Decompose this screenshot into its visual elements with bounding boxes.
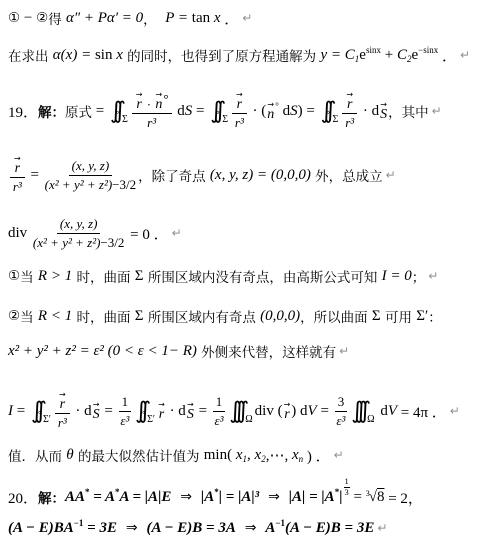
math-run: x: [116, 47, 123, 64]
text-run: 当: [20, 266, 38, 286]
text-run: ：: [428, 306, 442, 326]
paragraph-mark-icon: ↵: [450, 404, 460, 418]
paragraph-mark-icon: ↵: [172, 226, 182, 240]
math-run: y = C: [320, 47, 354, 64]
unit-normal-circle: °: [163, 91, 168, 107]
vector-S: →S: [187, 401, 194, 422]
integral-subscript: Σ: [122, 114, 128, 125]
math-run: P =: [165, 10, 192, 27]
problem-number: 19．: [8, 101, 38, 122]
unit-normal-circle: °: [275, 101, 279, 111]
fraction-numerator: 1: [119, 394, 132, 412]
fraction-denominator: (x² + y² + z²)−3/2: [33, 234, 124, 251]
math-run: | = |A|³: [219, 489, 259, 506]
adjugate-star: *: [85, 487, 90, 497]
math-run: S: [93, 408, 100, 422]
text-run: 时，曲面: [72, 306, 135, 326]
paragraph-mark-icon: ↵: [242, 11, 252, 25]
formula-line-5: div (x, y, z) (x² + y² + z²)−3/2 = 0 ． ↵: [8, 204, 182, 262]
formula-line-9: I = ∫∫∘Σ′ →r r³ · d →S = 1 ε³ ∫∫∘Σ′ →r ·…: [8, 384, 460, 438]
formula-line-2: 在求出 α(x) = sin x 的同时，也得到了原方程通解为 y = C 1 …: [8, 42, 470, 68]
math-run: =: [101, 403, 117, 420]
math-run: (: [278, 403, 283, 420]
formula-line-4: →r r³ = (x, y, z) (x² + y² + z²)−3/2 ，除了…: [8, 146, 396, 204]
paragraph-mark-icon: ↵: [386, 168, 396, 182]
function-name: min(: [204, 447, 236, 464]
vector-r: →r: [136, 91, 143, 112]
subscript: 1: [355, 54, 360, 64]
fraction: (x, y, z) (x² + y² + z²)−3/2: [33, 216, 124, 250]
fraction-numerator: 1: [213, 394, 226, 412]
math-run: r: [60, 398, 65, 412]
paragraph-mark-icon: ↵: [334, 448, 344, 462]
text-run: 的最大似然估计值为: [74, 445, 204, 465]
math-run: d: [279, 103, 290, 120]
math-run: n: [267, 108, 274, 122]
formula-line-3: 19． 解： 原式 = ∫∫∘Σ →r · →n° r³ d S = ∫∫∘Σ …: [8, 84, 442, 138]
triple-integral: ∫∫∫Ω: [229, 398, 252, 424]
math-run: 3: [338, 394, 345, 410]
function-name: sin: [95, 47, 116, 64]
fraction-denominator: r³: [147, 114, 156, 131]
circled-1: ①: [8, 268, 20, 284]
math-run: ,⋯,: [266, 446, 292, 465]
fraction-denominator: r³: [235, 114, 244, 131]
math-run: r: [159, 408, 164, 422]
integral-subscript: Σ′: [147, 414, 155, 425]
fraction-denominator: ε³: [336, 412, 345, 429]
radical-sign: √: [369, 489, 377, 506]
math-run: AA: [65, 489, 85, 506]
math-run: 1: [122, 394, 129, 410]
function-name: tan: [192, 10, 214, 27]
inverse-exponent: −1: [275, 518, 285, 528]
text-run: ，: [143, 8, 165, 28]
vector-n: →n: [267, 101, 274, 122]
subscript: 2: [407, 54, 412, 64]
subscript: 2: [261, 454, 266, 464]
math-run: r: [15, 162, 20, 176]
math-run: =: [92, 103, 108, 120]
math-run: 1: [216, 394, 223, 410]
math-run: α″ + Pα′ = 0: [66, 10, 143, 27]
math-run: = A: [90, 489, 116, 506]
math-run: C: [397, 47, 407, 64]
function-name: div: [8, 225, 31, 242]
math-run: ε³: [120, 413, 129, 429]
sigma-symbol: Σ: [135, 308, 144, 325]
math-run: (A − E)BA: [8, 520, 74, 537]
text-run: 原式: [65, 101, 92, 121]
surface-integral: ∫∫∘Σ′: [31, 398, 51, 424]
circled-2: ②: [36, 10, 48, 26]
integral-subscript: Ω: [245, 414, 252, 425]
math-run: I = 0: [382, 268, 412, 285]
formula-line-1: ① − ② 得 α″ + Pα′ = 0 ， P = tan x ． ↵: [8, 6, 252, 30]
paragraph-mark-icon: ↵: [377, 521, 387, 535]
text-run: 外侧来代替，这样就有: [197, 341, 336, 361]
math-run: r³: [13, 179, 22, 195]
math-run: θ: [66, 447, 73, 464]
vector-r: →r: [158, 401, 165, 422]
formula-line-12: (A − E)BA −1 = 3E ⇒ (A − E)B = 3A ⇒ A −1…: [8, 514, 387, 542]
fraction-denominator: r³: [58, 414, 67, 431]
root-index: 3: [366, 489, 370, 498]
adjugate-star: *: [335, 487, 340, 497]
exponent: −3/2: [100, 235, 124, 251]
circled-2: ②: [8, 308, 20, 324]
function-name: div: [255, 403, 278, 420]
math-run: r: [136, 98, 141, 112]
math-run: (x² + y² + z²): [45, 177, 113, 193]
sigma-symbol: Σ: [135, 268, 144, 285]
subscript: 1: [243, 454, 248, 464]
formula-line-7: ② 当 R < 1 时，曲面 Σ 所围区域内有奇点 (0,0,0) ，所以曲面 …: [8, 304, 442, 328]
math-run: ε³: [336, 413, 345, 429]
math-run: ε³: [215, 413, 224, 429]
math-run: R < 1: [38, 308, 72, 325]
math-run: =: [317, 403, 333, 420]
math-run: x² + y² + z² = ε² (0 < ε < 1− R): [8, 343, 197, 360]
surface-integral: ∫∫∘Σ: [321, 98, 339, 124]
text-run: 外，总成立: [311, 165, 383, 185]
math-run: ,: [247, 447, 255, 464]
text-run: 时，曲面: [72, 266, 135, 286]
circled-1: ①: [8, 10, 20, 26]
math-run: · d: [359, 103, 379, 120]
math-run: = 4π ．: [397, 401, 447, 422]
math-run: n: [155, 98, 162, 112]
text-run: 得: [48, 8, 66, 28]
text-run: ，其中: [388, 101, 429, 121]
solution-label: 解：: [38, 101, 65, 121]
fraction: →r r³: [55, 391, 70, 431]
fraction-denominator: 3: [345, 488, 349, 498]
text-run: 的同时，也得到了原方程通解为: [123, 45, 321, 65]
math-run: x: [255, 447, 262, 464]
fraction-numerator: →r: [342, 91, 357, 114]
implies-arrow-icon: ⇒: [236, 520, 266, 536]
math-run: r³: [345, 115, 354, 131]
math-run: (x, y, z) = (0,0,0): [210, 167, 311, 184]
integral-subscript: Ω: [367, 414, 374, 425]
math-run: (A − E)B = 3A: [147, 520, 236, 537]
sigma-symbol: Σ: [372, 308, 381, 325]
fraction: →r r³: [342, 91, 357, 131]
math-run: ．: [438, 45, 457, 66]
fraction-numerator: →r: [232, 91, 247, 114]
text-run: 值．从而: [8, 445, 66, 465]
superscript: −sinx: [418, 45, 438, 55]
text-run: ，除了奇点: [138, 165, 210, 185]
solution-label: 解：: [38, 487, 65, 507]
math-run: r³: [235, 115, 244, 131]
math-run: S: [380, 108, 387, 122]
math-run: (0,0,0): [260, 308, 300, 325]
math-run: = 3E: [83, 520, 117, 537]
math-run: = 0 ．: [126, 223, 168, 244]
vector-S: →S: [380, 101, 387, 122]
document-page: ① − ② 得 α″ + Pα′ = 0 ， P = tan x ． ↵ 在求出…: [0, 0, 479, 544]
math-run: |A: [201, 489, 214, 506]
math-run: e: [359, 47, 366, 64]
implies-arrow-icon: ⇒: [117, 520, 147, 536]
fraction: 1 ε³: [119, 394, 132, 428]
triple-integral: ∫∫∫Ω: [351, 398, 374, 424]
fraction-numerator: →r: [10, 155, 25, 178]
formula-line-8: x² + y² + z² = ε² (0 < ε < 1− R) 外侧来代替，这…: [8, 338, 349, 364]
fraction: (x, y, z) (x² + y² + z²)−3/2: [45, 158, 136, 192]
integral-subscript: Σ′: [43, 414, 51, 425]
math-run: e: [411, 47, 418, 64]
formula-line-10: 值．从而 θ 的最大似然估计值为 min( x 1 , x 2 ,⋯, x n …: [8, 442, 344, 468]
math-run: (x, y, z): [72, 158, 110, 174]
implies-arrow-icon: ⇒: [259, 489, 289, 505]
integral-ring-icon: ∘: [141, 408, 146, 417]
surface-integral: ∫∫∘Σ: [210, 98, 228, 124]
math-run: d: [377, 403, 388, 420]
surface-integral: ∫∫∘Σ: [110, 98, 128, 124]
math-run: · d: [72, 403, 92, 420]
integral-ring-icon: ∘: [115, 108, 120, 117]
math-run: x: [236, 447, 243, 464]
math-run: ．: [221, 8, 240, 29]
math-run: S: [185, 103, 193, 120]
math-run: r³: [147, 115, 156, 131]
math-run: x: [214, 10, 221, 27]
math-run: A = |A|E: [120, 489, 172, 506]
math-run: −: [20, 10, 36, 27]
fraction-numerator: →r: [55, 391, 70, 414]
vector-r: →r: [346, 91, 353, 112]
formula-line-6: ① 当 R > 1 时，曲面 Σ 所围区域内没有奇点，由高斯公式可知 I = 0…: [8, 264, 438, 288]
math-run: =: [192, 103, 208, 120]
math-run: α(x) =: [53, 47, 95, 64]
fraction-numerator: (x, y, z): [69, 158, 113, 176]
fraction: 3 ε³: [335, 394, 348, 428]
math-run: ) =: [298, 103, 319, 120]
math-run: (x, y, z): [60, 216, 98, 232]
fraction-denominator: ε³: [215, 412, 224, 429]
math-run: x: [292, 447, 299, 464]
integral-subscript: Σ: [333, 114, 339, 125]
inverse-exponent: −1: [74, 518, 84, 528]
math-run: S: [290, 103, 298, 120]
text-run: 当: [20, 306, 38, 326]
math-run: |A| = |A: [289, 489, 335, 506]
fraction-numerator: 3: [335, 394, 348, 412]
fraction: →r r³: [10, 155, 25, 195]
integral-subscript: Σ: [222, 114, 228, 125]
fraction-denominator: r³: [345, 114, 354, 131]
vector-r: →r: [59, 391, 66, 412]
adjugate-star: *: [214, 487, 219, 497]
fraction-denominator: (x² + y² + z²)−3/2: [45, 176, 136, 193]
math-run: d: [296, 403, 307, 420]
math-run: r: [347, 98, 352, 112]
text-run: 在求出: [8, 45, 53, 65]
sigma-prime-symbol: Σ′: [416, 308, 428, 325]
math-run: =: [27, 167, 43, 184]
text-run: 可用: [381, 306, 417, 326]
text-run: ，所以曲面: [300, 306, 372, 326]
text-run: 所围区域内没有奇点，由高斯公式可知: [144, 266, 382, 286]
text-run: 所围区域内有奇点: [144, 306, 261, 326]
vector-r: →r: [14, 155, 21, 176]
math-run: r³: [58, 415, 67, 431]
math-run: r: [284, 408, 289, 422]
math-run: =: [13, 403, 29, 420]
math-run: R > 1: [38, 268, 72, 285]
math-run: S: [187, 408, 194, 422]
math-run: ·: [143, 97, 154, 113]
vector-S: →S: [93, 401, 100, 422]
problem-number: 20．: [8, 487, 38, 508]
text-run: ；: [412, 266, 426, 286]
integral-ring-icon: ∘: [326, 108, 331, 117]
formula-line-11: 20． 解： AA * = A * A = |A|E ⇒ |A * | = |A…: [8, 478, 423, 516]
fraction-numerator: →r · →n°: [132, 91, 172, 114]
implies-arrow-icon: ⇒: [171, 489, 201, 505]
math-run: +: [381, 47, 397, 64]
exponent: −3/2: [112, 177, 136, 193]
math-run: (x² + y² + z²): [33, 235, 101, 251]
fraction-denominator: r³: [13, 178, 22, 195]
math-run: d: [174, 103, 185, 120]
paragraph-mark-icon: ↵: [460, 48, 470, 62]
math-run: =: [195, 403, 211, 420]
integral-ring-icon: ∘: [37, 408, 42, 417]
math-run: V: [308, 403, 317, 420]
radicand: 8: [377, 489, 385, 506]
fraction: →r · →n° r³: [132, 91, 172, 131]
adjugate-star: *: [115, 487, 120, 497]
paragraph-mark-icon: ↵: [428, 269, 438, 283]
paragraph-mark-icon: ↵: [339, 344, 349, 358]
surface-integral: ∫∫∘Σ′: [135, 398, 155, 424]
paragraph-mark-icon: ↵: [432, 104, 442, 118]
math-run: · (: [249, 103, 267, 120]
math-run: (A − E)B = 3E: [285, 520, 374, 537]
math-run: V: [388, 403, 397, 420]
math-run: = 2，: [384, 487, 422, 508]
math-run: ) ．: [303, 445, 331, 466]
integral-ring-icon: ∘: [215, 108, 220, 117]
fraction: 1 ε³: [213, 394, 226, 428]
vector-r: →r: [284, 401, 291, 422]
vector-n: →n: [155, 91, 162, 112]
math-run: =: [350, 489, 366, 506]
superscript: sinx: [366, 45, 381, 55]
exponent-fraction: 13: [344, 477, 350, 498]
math-run: · d: [166, 403, 186, 420]
subscript: n: [299, 454, 304, 464]
vector-r: →r: [236, 91, 243, 112]
math-run: r: [237, 98, 242, 112]
fraction: →r r³: [232, 91, 247, 131]
fraction-denominator: ε³: [120, 412, 129, 429]
math-run: A: [265, 520, 275, 537]
fraction-numerator: (x, y, z): [57, 216, 101, 234]
